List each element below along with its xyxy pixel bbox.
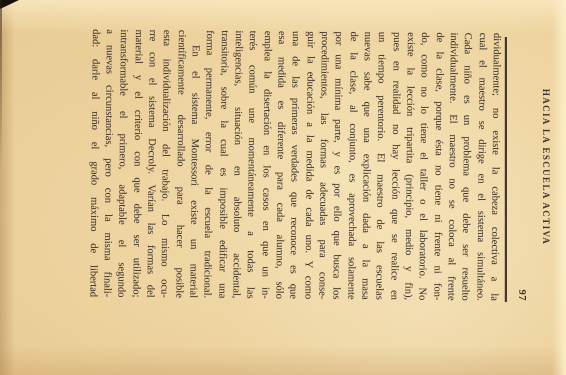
text-line: existe la lección tripartita (principio,… (400, 32, 417, 300)
text-line: dividualmente; no existe la cabeza colec… (486, 33, 503, 301)
text-line: a nuevas circunstancias, pero con la mis… (99, 29, 116, 297)
text-line: emplea la disertación en los casos en qu… (257, 31, 274, 299)
text-line: esa medida es diferente para cada alumno… (271, 31, 288, 299)
text-line: inteligencias, situación en absoluto acc… (228, 30, 245, 298)
body-text: dividualmente; no existe la cabeza colec… (85, 29, 503, 301)
text-line: de la clase, al conjunto, es aprovechada… (343, 31, 360, 299)
text-line: dad: darle al niño el grado máximo de li… (85, 29, 102, 297)
text-line: material y el criterio con que debe ser … (128, 29, 145, 297)
text-line: individualmente. El maestro no se coloca… (443, 32, 460, 300)
scan-edge-shadow (0, 0, 2, 170)
text-line: do, como no lo tiene el taller o el labo… (414, 32, 431, 300)
text-line: nuevas sabe que una explicación dada a l… (357, 32, 374, 300)
text-line: de la clase, porque ésta no tiene ni fre… (429, 32, 446, 300)
text-line: rre con el sistema Decroly. Varían las f… (142, 30, 159, 298)
text-line: En el sistema Montessori existe un mater… (185, 30, 202, 298)
text-line: pues en realidad no hay lección que se r… (386, 32, 403, 300)
scan-corner-mark (0, 0, 19, 9)
scanned-page-photo: HACIA LA ESCUELA ACTIVA 97 dividualmente… (0, 0, 566, 375)
header-rule (505, 37, 507, 302)
text-line: transitoria, sobre la cual es imposible … (214, 30, 231, 298)
text-line: cual el maestro se dirige en el sistema … (472, 33, 489, 301)
text-line: Cada niño es un problema que debe ser re… (457, 33, 474, 301)
running-head-title: HACIA LA ESCUELA ACTIVA (541, 33, 551, 301)
text-line: procedimientos, las formas adecuadas par… (314, 31, 331, 299)
text-line: guir la educación a la medida de cada un… (300, 31, 317, 299)
book-page: HACIA LA ESCUELA ACTIVA 97 dividualmente… (0, 0, 566, 375)
text-line: científicamente desarrollado para hacer … (171, 30, 188, 298)
page-number: 97 (516, 33, 527, 301)
